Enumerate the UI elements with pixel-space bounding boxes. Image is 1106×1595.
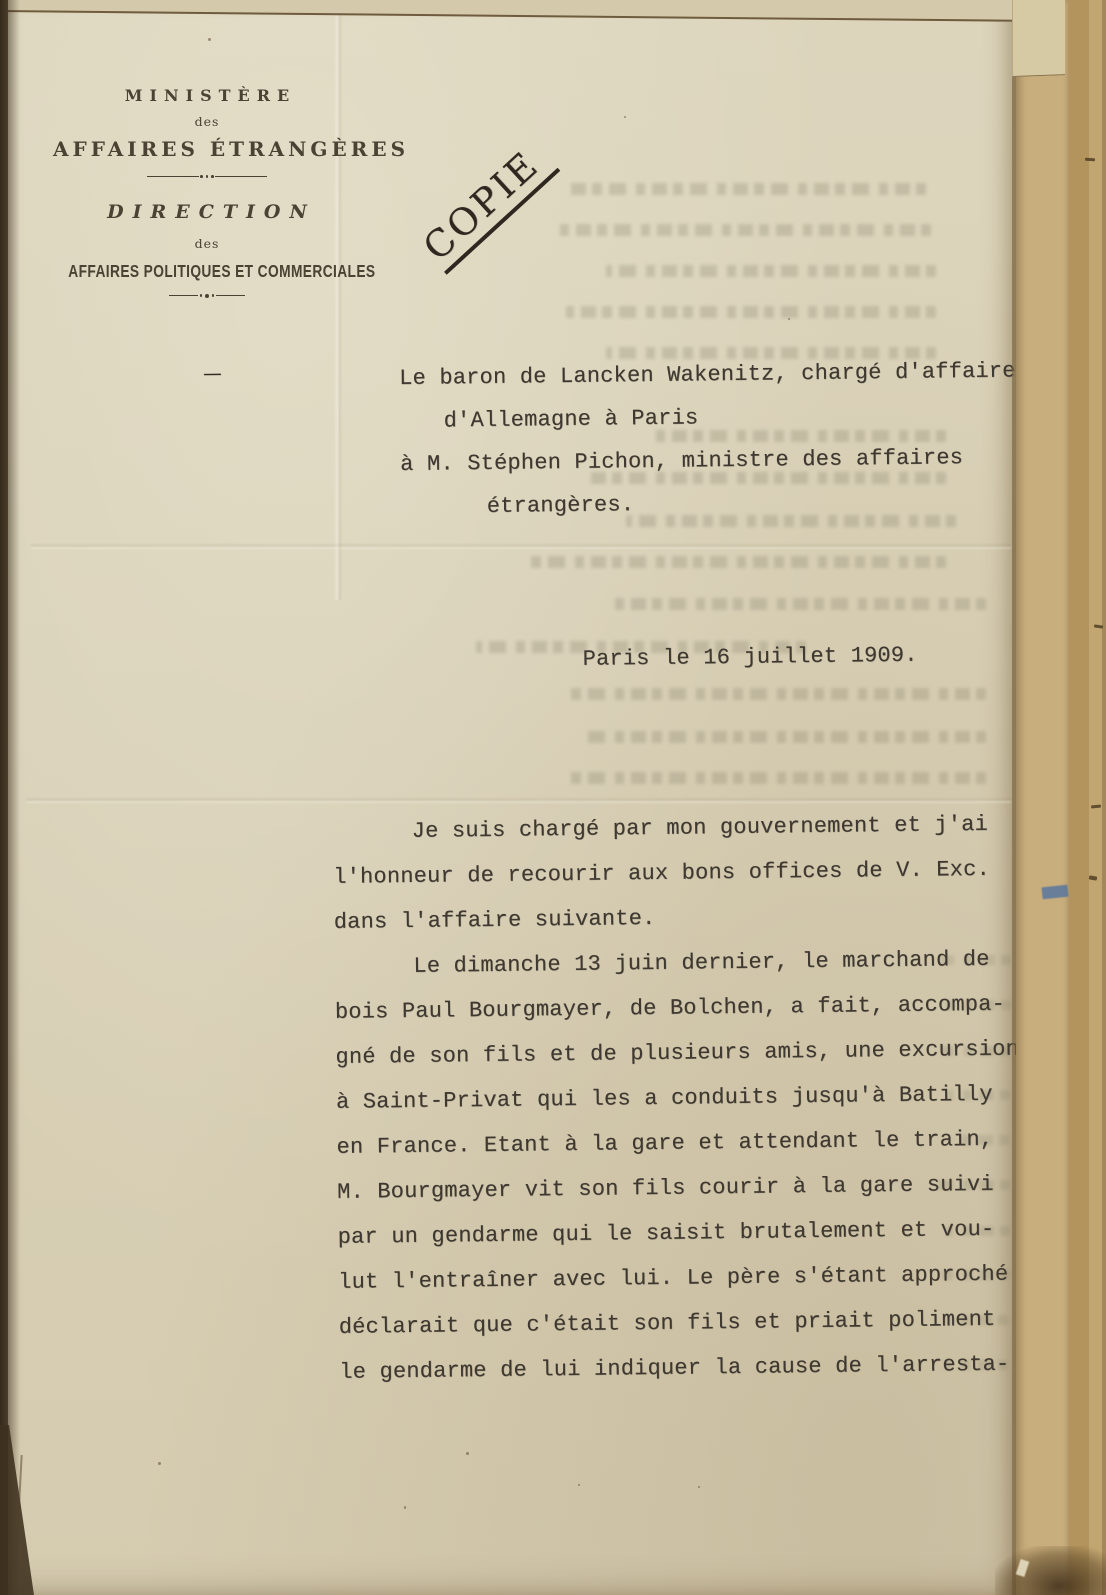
paper-speck [208, 38, 211, 41]
dateline: Paris le 16 juillet 1909. [582, 643, 917, 672]
typewritten-layer: — Le baron de Lancken Wakenitz, chargé d… [0, 0, 1022, 1595]
address-line: d'Allemagne à Paris [399, 392, 1029, 443]
scanned-document: MINISTÈRE des AFFAIRES ÉTRANGÈRES DIRECT… [0, 0, 1106, 1595]
paper-speck [788, 318, 790, 320]
margin-dash-mark: — [204, 364, 221, 386]
address-line: à M. Stéphen Pichon, ministre des affair… [400, 435, 1030, 486]
paper-speck [578, 1484, 580, 1486]
document-page: MINISTÈRE des AFFAIRES ÉTRANGÈRES DIRECT… [6, 0, 1016, 1595]
letter-body: Je suis chargé par mon gouvernement et j… [332, 802, 1023, 1395]
folded-corner-sheet [1012, 0, 1065, 77]
address-line: Le baron de Lancken Wakenitz, chargé d'a… [399, 349, 1029, 400]
under-sheet-edge-dark [1069, 0, 1089, 1595]
scan-left-edge [0, 0, 8, 1595]
address-line: étrangères. [401, 478, 1031, 529]
body-line: l'honneur de recourir aux bons offices d… [333, 847, 1017, 900]
body-line: le gendarme de lui indiquer la cause de … [339, 1342, 1023, 1395]
under-sheet-edge-line [1102, 0, 1106, 1595]
bottom-right-shadow [995, 1546, 1106, 1595]
scan-left-edge-shadow [8, 0, 20, 1595]
address-block: Le baron de Lancken Wakenitz, chargé d'a… [399, 349, 1031, 529]
paper-speck [624, 116, 626, 118]
under-sheet-edge [1016, 0, 1069, 1595]
edge-nick [1085, 158, 1095, 162]
paper-speck [404, 1506, 406, 1509]
paper-speck [698, 1486, 700, 1488]
paper-speck [158, 1462, 161, 1465]
paper-speck [466, 1452, 469, 1455]
